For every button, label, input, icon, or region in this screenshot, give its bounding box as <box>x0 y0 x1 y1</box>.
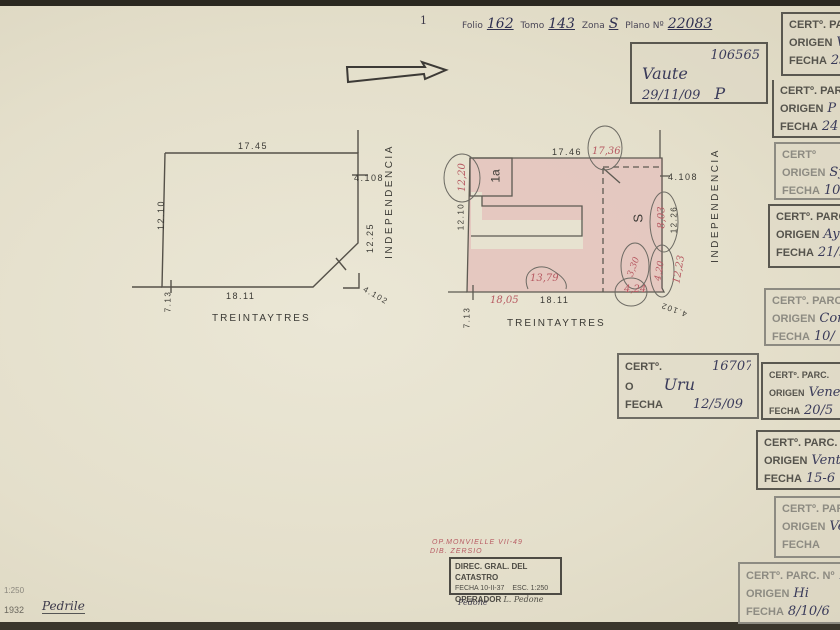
catastro-stamp: DIREC. GRAL. DEL CATASTRO FECHA 10-II-37… <box>449 557 562 595</box>
stamp-fecha-label: FECHA <box>764 473 802 485</box>
catastro-fecha: 10-II-37 <box>480 585 504 592</box>
scale-label: 1:250 <box>4 586 24 595</box>
stamp-origen-label: ORIGEN <box>789 37 832 49</box>
stamp-origen-value: Ve <box>829 519 840 534</box>
stamp-title: CERTº. PARC. <box>780 83 840 100</box>
stamp-cert-7: CERTº.167073 OUru FECHA12/5/09 <box>617 353 759 419</box>
stamp-fecha-value: 29/11/09 <box>642 88 700 103</box>
arrow-icon <box>347 62 446 82</box>
right-dim-right-lower: 12.26 <box>669 206 678 234</box>
stamp-origen-value: Ayla <box>823 227 840 242</box>
stamp-fecha-label: FECHA <box>776 247 814 259</box>
stamp-title: CERTº. PARC. <box>776 209 840 226</box>
stamp-origen-value: Con <box>819 311 840 326</box>
stamp-cert-9: CERTº. PARC. Nº ORIGENVent FECHA15-6 <box>756 430 840 490</box>
stamp-fecha-value: 10/ <box>814 329 835 344</box>
unit-s-label: S <box>631 212 646 222</box>
red-dim-top: 17,36 <box>592 146 621 157</box>
stamp-fecha-value: 10- <box>824 183 840 198</box>
stamp-origen-label: ORIGEN <box>764 455 807 467</box>
stamp-cert-10: CERTº. PARC. ORIGENVe FECHA <box>774 496 840 558</box>
right-street-right: INDEPENDENCIA <box>710 148 721 263</box>
left-dim-right-upper: 4.108 <box>354 173 384 183</box>
stamp-fecha-label: FECHA <box>789 55 827 67</box>
left-street-right: INDEPENDENCIA <box>384 144 395 259</box>
stamp-title: CERTº <box>782 147 840 164</box>
stamp-cert-6: CERTº. PARC. Nº ORIGENCon FECHA10/ <box>764 288 840 346</box>
stamp-origen-value: Vaute <box>642 65 688 83</box>
signature: Pedrile <box>42 599 85 614</box>
right-dim-corner-bl: 7.13 <box>462 307 471 329</box>
stamp-origen-value: Sya <box>829 165 840 180</box>
stamp-title: CERTº. <box>625 361 662 373</box>
stamp-fecha-value: 15-6 <box>806 471 835 486</box>
left-dim-corner-bl: 7.13 <box>163 291 172 313</box>
catastro-fecha-label: FECHA <box>455 585 478 592</box>
stamp-fecha-label: FECHA <box>782 539 820 551</box>
catastro-signature: Pedone <box>458 598 488 607</box>
red-note-draftsman: DIB. ZERSIO <box>430 548 483 555</box>
catastro-esc-label: ESC. <box>512 585 528 592</box>
stamp-fecha-label: FECHA <box>780 121 818 133</box>
stamp-origen-label: ORIGEN <box>746 588 789 600</box>
right-dim-left: 12.10 <box>456 203 465 231</box>
stamp-origen-value: Hi <box>793 586 809 601</box>
stamp-fecha-value: 20/5 <box>804 403 833 418</box>
stamp-fecha-value: 21/9 <box>818 245 840 260</box>
red-dim-bottom-inner: 13,79 <box>530 273 559 284</box>
red-note-operator: OP.MONVIELLE VII-49 <box>432 539 523 546</box>
right-street-bottom: TREINTAYTRES <box>507 318 606 329</box>
stamp-origen-label: ORIGEN <box>769 388 805 398</box>
year-label: 1932 <box>4 605 24 615</box>
right-dim-top: 17.46 <box>552 147 582 157</box>
stamp-title: CERTº. PARC. <box>782 501 840 518</box>
stamp-mark: P <box>714 85 725 103</box>
stamp-fecha-value: 24 <box>822 119 839 134</box>
red-dim-bottom-outer: 18,05 <box>490 295 519 306</box>
plan-left-outline <box>132 130 368 293</box>
stamp-origen-value: Vent <box>811 453 840 468</box>
stamp-cert-1: CERTº. PARC. ORIGENV FECHA23- <box>781 12 840 76</box>
catastro-operador: L. Pedone <box>503 595 543 604</box>
right-dim-right-upper: 4.108 <box>668 172 698 182</box>
stamp-origen-value: Vene <box>809 385 840 400</box>
stamp-fecha-label: FECHA <box>769 406 800 416</box>
stamp-cert-11: CERTº. PARC. Nº109 ORIGENHi FECHA8/10/6 <box>738 562 840 624</box>
stamp-origen-value: V <box>836 35 840 50</box>
stamp-cert-3: CERTº. PARC. ORIGENP FECHA24 <box>772 80 840 138</box>
stamp-title: CERTº. PARC. Nº <box>764 435 840 452</box>
left-dim-right-lower: 12.25 <box>365 223 375 253</box>
stamp-origen-label: ORIGEN <box>772 313 815 325</box>
stamp-title: CERTº. PARC. <box>769 367 840 384</box>
stamp-number: 167073 <box>712 359 751 374</box>
stamp-origen-label: ORIGEN <box>782 167 825 179</box>
stamp-title: CERTº. PARC. Nº <box>746 570 835 582</box>
stamp-cert-5: CERTº. PARC. ORIGENAyla FECHA21/9 <box>768 204 840 268</box>
stamp-origen-value: Uru <box>664 376 695 394</box>
right-dim-bottom: 18.11 <box>540 295 569 305</box>
red-dim-corner: 4,24 <box>624 284 646 295</box>
stamp-title: CERTº. PARC. <box>789 17 840 34</box>
stamp-fecha-label: FECHA <box>746 606 784 618</box>
stamp-origen-label: O <box>625 381 634 393</box>
stamp-cert-2: 106565 Vaute 29/11/09P <box>630 42 768 104</box>
stamp-number: 106565 <box>710 48 760 63</box>
left-dim-bottom: 18.11 <box>226 291 255 301</box>
stamp-origen-value: P <box>827 101 836 116</box>
left-dim-left: 12.10 <box>156 200 166 230</box>
stamp-fecha-label: FECHA <box>625 399 663 411</box>
catastro-esc: 1:250 <box>531 585 549 592</box>
stamp-origen-label: ORIGEN <box>776 229 819 241</box>
stamp-cert-4: CERTº ORIGENSya FECHA10- <box>774 142 840 200</box>
red-dim-left: 12,20 <box>457 163 468 192</box>
stamp-fecha-label: FECHA <box>772 331 810 343</box>
stamp-title: CERTº. PARC. Nº <box>772 293 840 310</box>
stamp-fecha-value: 23- <box>831 53 840 68</box>
unit-1a-label: 1a <box>489 169 503 182</box>
stamp-fecha-value: 8/10/6 <box>788 604 830 619</box>
stamp-fecha-label: FECHA <box>782 185 820 197</box>
left-dim-top: 17.45 <box>238 141 268 151</box>
red-dim-right-a: 8,03 <box>657 206 668 228</box>
stamp-origen-label: ORIGEN <box>780 103 823 115</box>
stamp-origen-label: ORIGEN <box>782 521 825 533</box>
stamp-cert-8: CERTº. PARC. ORIGENVene FECHA20/5 <box>761 362 840 420</box>
stamp-fecha-value: 12/5/09 <box>693 397 743 412</box>
left-street-bottom: TREINTAYTRES <box>212 313 311 324</box>
catastro-title: DIREC. GRAL. DEL CATASTRO <box>455 561 556 583</box>
